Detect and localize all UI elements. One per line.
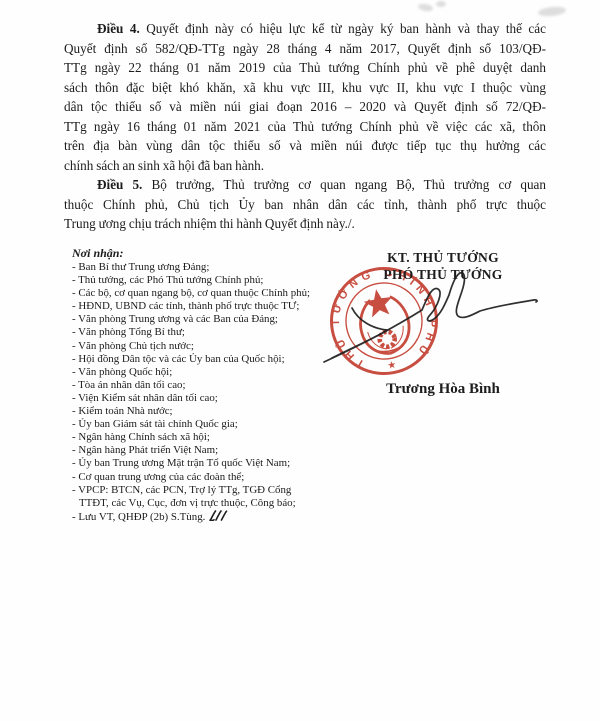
recipient-item-text: - Lưu VT, QHĐP (2b) S.Tùng.	[72, 511, 205, 523]
article4-line: dân tộc thiểu số và miền núi giai đoạn 2…	[64, 97, 546, 117]
recipient-item: - Thủ tướng, các Phó Thủ tướng Chính phủ…	[72, 274, 344, 287]
recipient-item-continuation: TTĐT, các Vụ, Cục, đơn vị trực thuộc, Cô…	[72, 497, 344, 510]
article4-label: Điều 4.	[97, 21, 140, 36]
article4-line: TTg ngày 22 tháng 01 năm 2019 của Thủ tư…	[64, 58, 546, 78]
signature-main-stroke	[324, 273, 537, 362]
recipient-item: - Các bộ, cơ quan ngang bộ, cơ quan thuộ…	[72, 287, 344, 300]
scanned-decision-document: Điều 4. Quyết định này có hiệu lực kể từ…	[0, 0, 600, 721]
article4-line: trên địa bàn vùng dân tộc thiểu số và mi…	[64, 136, 546, 156]
recipient-item: - Tòa án nhân dân tối cao;	[72, 379, 344, 392]
scan-smudge	[418, 3, 434, 12]
recipient-item: - VPCP: BTCN, các PCN, Trợ lý TTg, TGĐ C…	[72, 484, 344, 497]
recipient-item: - Cơ quan trung ương của các đoàn thể;	[72, 471, 344, 484]
recipient-item: - Văn phòng Tổng Bí thư;	[72, 326, 344, 339]
recipient-item: - Viện Kiểm sát nhân dân tối cao;	[72, 392, 344, 405]
recipient-item: - Văn phòng Quốc hội;	[72, 366, 344, 379]
recipient-item: - Ủy ban Trung ương Mặt trận Tổ quốc Việ…	[72, 457, 344, 470]
article4-line: sách thôn đặc biệt khó khăn, xã khu vực …	[64, 78, 546, 98]
article5-text: Bộ trưởng, Thủ trưởng cơ quan ngang Bộ, …	[142, 177, 546, 192]
article4-text: Quyết định này có hiệu lực kể từ ngày ký…	[140, 21, 546, 36]
recipient-item: - Ban Bí thư Trung ương Đảng;	[72, 261, 344, 274]
handwritten-signature	[310, 258, 550, 368]
recipient-item: - HĐND, UBND các tỉnh, thành phố trực th…	[72, 300, 344, 313]
recipients-block: Nơi nhận: - Ban Bí thư Trung ương Đảng; …	[72, 246, 344, 524]
article5-line: Điều 5. Bộ trưởng, Thủ trưởng cơ quan ng…	[64, 175, 546, 195]
article4-line: TTg ngày 16 tháng 01 năm 2021 của Thủ tư…	[64, 117, 546, 137]
recipient-item: - Kiểm toán Nhà nước;	[72, 405, 344, 418]
recipient-item: - Ngân hàng Chính sách xã hội;	[72, 431, 344, 444]
article5-label: Điều 5.	[97, 177, 142, 192]
scan-smudge	[436, 1, 446, 7]
article4-line: Quyết định số 582/QĐ-TTg ngày 28 tháng 4…	[64, 39, 546, 59]
recipient-item: - Ủy ban Giám sát tài chính Quốc gia;	[72, 418, 344, 431]
article5-line: Trung ương chịu trách nhiệm thi hành Quy…	[64, 214, 546, 234]
article4-line: chính sách an sinh xã hội đã ban hành.	[64, 156, 546, 176]
scan-smudge	[538, 6, 567, 18]
recipient-item: - Ngân hàng Phát triển Việt Nam;	[72, 444, 344, 457]
document-body: Điều 4. Quyết định này có hiệu lực kể từ…	[64, 19, 546, 234]
signer-name: Trương Hòa Bình	[362, 381, 524, 398]
recipient-item: - Văn phòng Trung ương và các Ban của Đả…	[72, 313, 344, 326]
recipient-item: - Văn phòng Chủ tịch nước;	[72, 340, 344, 353]
recipients-header: Nơi nhận:	[72, 246, 344, 261]
article4-line: Điều 4. Quyết định này có hiệu lực kể từ…	[64, 19, 546, 39]
article5-line: thuộc Chính phủ, Chủ tịch Ủy ban nhân dâ…	[64, 195, 546, 215]
signature-hook-stroke	[332, 308, 388, 358]
handwritten-mark	[209, 510, 229, 521]
recipient-item: - Hội đồng Dân tộc và các Ủy ban của Quố…	[72, 353, 344, 366]
recipient-item: - Lưu VT, QHĐP (2b) S.Tùng.	[72, 510, 344, 524]
